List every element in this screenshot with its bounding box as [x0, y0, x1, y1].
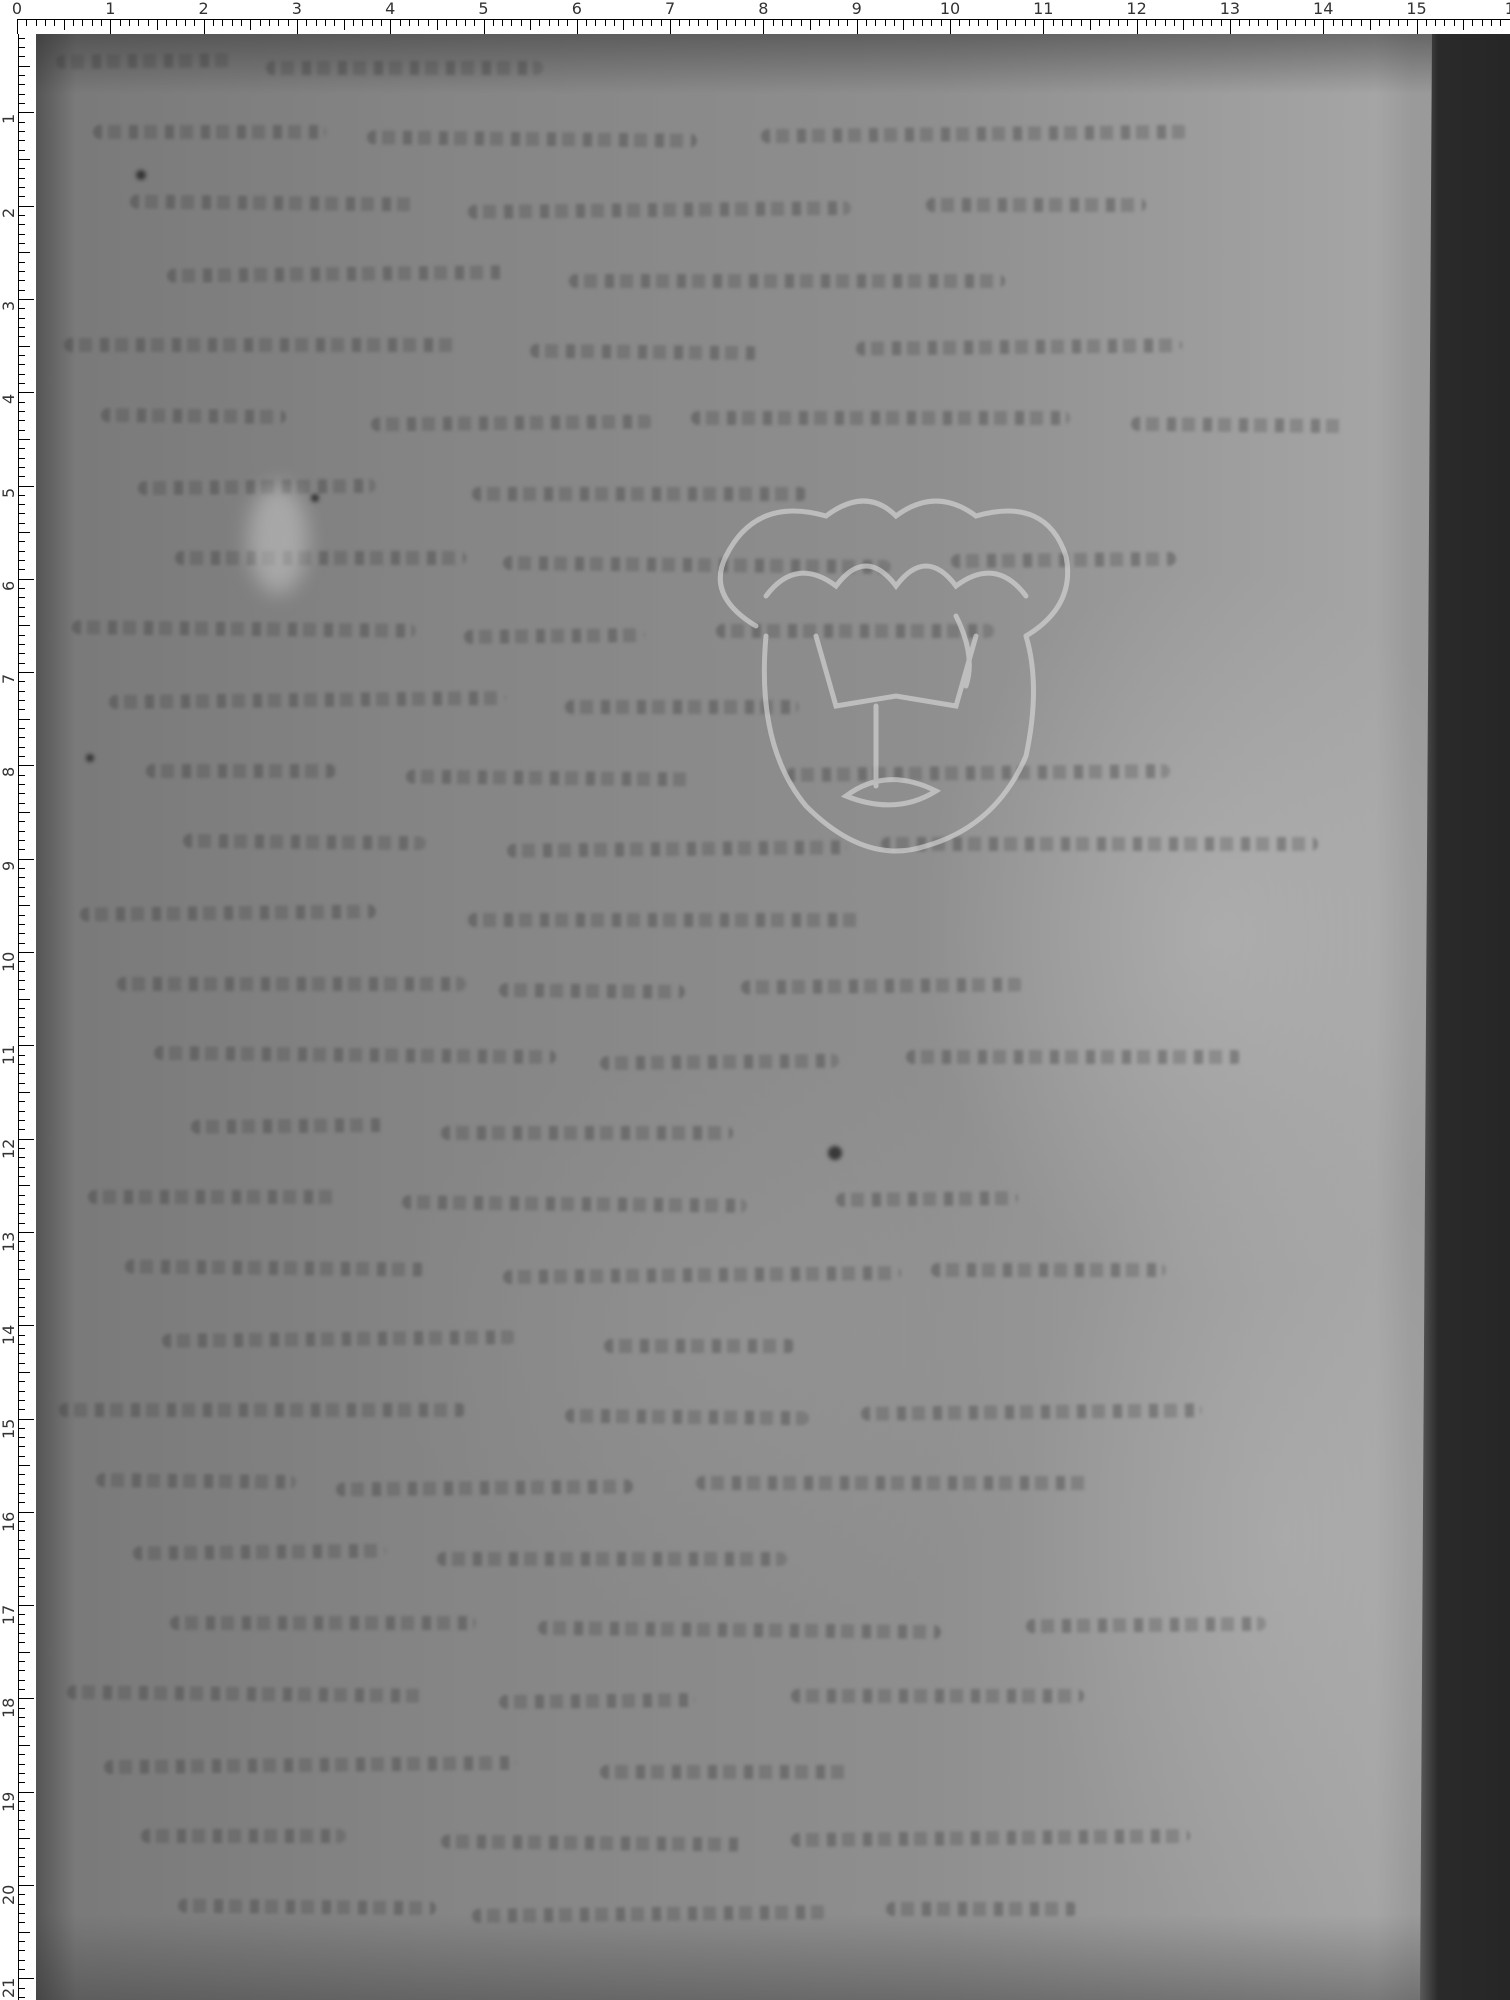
ruler-tick — [18, 849, 25, 850]
handwriting-stroke — [141, 1829, 346, 1843]
ruler-tick — [1435, 20, 1436, 26]
handwriting-stroke — [170, 1616, 476, 1630]
ruler-tick — [18, 887, 25, 888]
ruler-label: 1 — [1, 114, 17, 124]
ruler-tick — [157, 20, 158, 30]
ruler-tick — [950, 20, 951, 34]
ruler-tick — [101, 20, 102, 26]
ruler-tick — [605, 20, 606, 26]
ruler-tick — [18, 1978, 34, 1979]
ruler-tick — [18, 1894, 25, 1895]
ruler-tick — [18, 793, 25, 794]
ruler-tick — [18, 1960, 25, 1961]
handwriting-lines — [36, 34, 1426, 2000]
ruler-tick — [885, 20, 886, 26]
ruler-tick — [18, 1484, 25, 1485]
ruler-label: 2 — [1, 207, 17, 217]
handwriting-stroke — [104, 1756, 516, 1774]
handwriting-stroke — [836, 1191, 1018, 1207]
ruler-tick — [18, 1204, 25, 1205]
ruler-label: 1 — [105, 1, 115, 17]
ruler-tick — [456, 20, 457, 26]
ruler-tick — [18, 1372, 30, 1373]
ruler-tick — [428, 20, 429, 26]
ruler-tick — [1351, 20, 1352, 26]
ruler-tick — [18, 1857, 25, 1858]
ruler-tick — [1426, 20, 1427, 26]
handwriting-stroke — [367, 130, 697, 147]
ruler-tick — [1463, 20, 1464, 30]
handwriting-stroke — [183, 834, 426, 851]
ruler-tick — [269, 20, 270, 26]
ruler-tick — [1034, 20, 1035, 26]
ruler-tick — [577, 20, 578, 34]
ruler-tick — [18, 821, 25, 822]
ruler-tick — [707, 20, 708, 26]
ruler-tick — [18, 1708, 25, 1709]
ruler-tick — [18, 1661, 25, 1662]
ruler-tick — [18, 140, 25, 141]
ruler-tick — [875, 20, 876, 26]
ruler-tick — [1015, 20, 1016, 26]
ruler-tick — [138, 20, 139, 26]
ruler-tick — [18, 308, 25, 309]
ruler-tick — [18, 1502, 25, 1503]
ruler-tick — [1295, 20, 1296, 26]
ruler-label: 13 — [1220, 1, 1240, 17]
ruler-tick — [18, 1540, 25, 1541]
ruler-tick — [1146, 20, 1147, 26]
ruler-tick — [969, 20, 970, 26]
ruler-tick — [129, 20, 130, 26]
handwriting-stroke — [162, 1330, 516, 1348]
handwriting-stroke — [906, 1050, 1242, 1064]
ruler-tick — [18, 597, 25, 598]
ruler-tick — [1043, 20, 1044, 34]
ruler-tick — [18, 616, 25, 617]
ruler-tick — [1258, 20, 1259, 26]
ruler-tick — [1286, 20, 1287, 26]
ruler-tick — [325, 20, 326, 26]
handwriting-stroke — [80, 904, 376, 921]
ruler-tick — [959, 20, 960, 26]
ruler-tick — [18, 691, 25, 692]
ruler-tick — [18, 1260, 25, 1261]
ruler-tick — [791, 20, 792, 26]
ruler-tick — [18, 1680, 25, 1681]
handwriting-stroke — [600, 1765, 849, 1779]
ruler-tick — [18, 467, 25, 468]
ruler-tick — [18, 1167, 25, 1168]
ruler-tick — [18, 159, 30, 160]
ruler-tick — [922, 20, 923, 26]
ruler-tick — [1277, 20, 1278, 30]
ruler-tick — [18, 859, 34, 860]
ruler-tick — [502, 20, 503, 26]
ruler-tick — [1006, 20, 1007, 26]
ruler-tick — [18, 569, 25, 570]
ruler-tick — [18, 896, 25, 897]
ruler-label: 4 — [385, 1, 395, 17]
ruler-tick — [1482, 20, 1483, 26]
ruler-tick — [493, 20, 494, 26]
ruler-tick — [18, 989, 25, 990]
ruler-tick — [661, 20, 662, 26]
handwriting-stroke — [130, 195, 416, 212]
ruler-tick — [260, 20, 261, 26]
ruler-tick — [726, 20, 727, 26]
ruler-tick — [1165, 20, 1166, 26]
handwriting-stroke — [468, 913, 861, 927]
ruler-tick — [651, 20, 652, 26]
ruler-tick — [1211, 20, 1212, 26]
ruler-tick — [18, 1988, 25, 1989]
ruler-tick — [204, 20, 205, 34]
ruler-tick — [18, 625, 30, 626]
handwriting-stroke — [402, 1195, 747, 1213]
ruler-tick — [1379, 20, 1380, 26]
ruler-tick — [18, 1353, 25, 1354]
ink-spot — [311, 494, 319, 502]
ruler-tick — [521, 20, 522, 26]
ruler-tick — [446, 20, 447, 26]
ruler-label: 4 — [1, 394, 17, 404]
ruler-tick — [381, 20, 382, 26]
ruler-label: 12 — [1126, 1, 1146, 17]
ruler-label: 0 — [12, 1, 22, 17]
handwriting-stroke — [604, 1339, 795, 1353]
ruler-tick — [18, 364, 25, 365]
handwriting-stroke — [167, 265, 506, 283]
ruler-label: 16 — [1, 1511, 17, 1531]
ruler-label: 9 — [1, 861, 17, 871]
ruler-tick — [166, 20, 167, 26]
handwriting-stroke — [56, 53, 236, 69]
ruler-tick — [586, 20, 587, 26]
ruler-tick — [18, 94, 25, 95]
ruler-tick — [18, 924, 25, 925]
ruler-tick — [18, 1698, 34, 1699]
ruler-tick — [18, 1950, 25, 1951]
ruler-tick — [18, 1185, 30, 1186]
ruler-tick — [1109, 20, 1110, 26]
handwriting-stroke — [133, 1544, 386, 1561]
ruler-tick — [18, 1493, 25, 1494]
ruler-tick — [18, 1866, 25, 1867]
ruler-tick — [297, 20, 298, 34]
ruler-tick — [1305, 20, 1306, 26]
ruler-tick — [1370, 20, 1371, 30]
handwriting-stroke — [406, 769, 693, 786]
ruler-tick — [18, 1913, 25, 1914]
ruler-tick — [18, 1055, 25, 1056]
handwriting-stroke — [371, 415, 653, 432]
ruler-tick — [18, 299, 34, 300]
ruler-tick — [18, 672, 34, 673]
ruler-tick — [18, 1335, 25, 1336]
ruler-tick — [18, 933, 25, 934]
ruler-tick — [511, 20, 512, 26]
ruler-tick — [18, 150, 25, 151]
manuscript-scan — [36, 34, 1510, 2000]
ruler-tick — [18, 1922, 25, 1923]
ruler-tick — [838, 20, 839, 26]
ruler-tick — [18, 971, 25, 972]
ruler-tick — [1081, 20, 1082, 26]
handwriting-stroke — [96, 1473, 296, 1489]
handwriting-stroke — [266, 61, 543, 75]
ruler-tick — [18, 1083, 25, 1084]
ruler-tick — [829, 20, 830, 26]
ruler-tick — [36, 20, 37, 26]
ruler-tick — [18, 430, 25, 431]
ruler-label: 2 — [199, 1, 209, 17]
ruler-tick — [978, 20, 979, 26]
ruler-tick — [18, 877, 25, 878]
ruler-tick — [18, 411, 25, 412]
ruler-tick — [353, 20, 354, 26]
ruler-tick — [1342, 20, 1343, 26]
ruler-tick — [866, 20, 867, 26]
handwriting-stroke — [175, 551, 466, 565]
ruler-tick — [18, 1073, 25, 1074]
ruler-tick — [400, 20, 401, 26]
ruler-label: 15 — [1, 1418, 17, 1438]
ruler-tick — [18, 1689, 25, 1690]
ruler-tick — [18, 1251, 25, 1252]
ruler-tick — [18, 1419, 34, 1420]
ruler-label: 17 — [1, 1605, 17, 1625]
ruler-tick — [745, 20, 746, 26]
ruler-tick — [18, 1400, 25, 1401]
ruler-tick — [18, 1465, 30, 1466]
ruler-tick — [18, 122, 25, 123]
ruler-tick — [18, 1997, 25, 1998]
ruler-tick — [18, 336, 25, 337]
ruler-label: 14 — [1313, 1, 1333, 17]
handwriting-stroke — [499, 983, 685, 999]
ruler-tick — [1155, 20, 1156, 26]
ruler-label: 14 — [1, 1325, 17, 1345]
ruler-tick — [810, 20, 811, 30]
ruler-tick — [185, 20, 186, 26]
ruler-tick — [18, 961, 25, 962]
ruler-tick — [847, 20, 848, 26]
left-ruler: 0123456789101112131415161718192021 — [0, 0, 36, 2000]
ruler-tick — [18, 1456, 25, 1457]
ruler-tick — [549, 20, 550, 26]
ruler-label: 7 — [1, 674, 17, 684]
ruler-tick — [18, 1624, 25, 1625]
ruler-tick — [18, 178, 25, 179]
ruler-label: 6 — [1, 581, 17, 591]
ruler-tick — [18, 458, 25, 459]
handwriting-stroke — [64, 338, 456, 352]
ruler-tick — [18, 252, 30, 253]
handwriting-stroke — [117, 977, 466, 991]
ruler-tick — [18, 868, 25, 869]
ruler-tick — [18, 1829, 25, 1830]
ruler-tick — [18, 1036, 25, 1037]
ruler-tick — [18, 1045, 34, 1046]
ruler-label: 8 — [758, 1, 768, 17]
ruler-tick — [567, 20, 568, 26]
ruler-tick — [18, 523, 25, 524]
ruler-tick — [18, 1232, 34, 1233]
ruler-tick — [18, 103, 25, 104]
ruler-tick — [1249, 20, 1250, 26]
ruler-tick — [18, 1736, 25, 1737]
ruler-label: 19 — [1, 1791, 17, 1811]
handwriting-stroke — [600, 1054, 839, 1071]
ruler-tick — [18, 112, 34, 113]
ruler-tick — [1053, 20, 1054, 26]
ruler-tick — [1267, 20, 1268, 26]
ruler-tick — [18, 663, 25, 664]
ruler-tick — [18, 1801, 25, 1802]
ruler-tick — [18, 1297, 25, 1298]
ruler-tick — [18, 728, 25, 729]
ruler-label: 5 — [1, 487, 17, 497]
ruler-tick — [18, 1838, 30, 1839]
ruler-tick — [1239, 20, 1240, 26]
ruler-tick — [110, 20, 111, 34]
handwriting-stroke — [93, 125, 326, 139]
ruler-tick — [1333, 20, 1334, 26]
handwriting-stroke — [569, 274, 1005, 288]
ruler-tick — [18, 1409, 25, 1410]
ruler-tick — [18, 1810, 25, 1811]
ruler-tick — [773, 20, 774, 26]
ruler-tick — [17, 20, 18, 34]
ruler-tick — [18, 56, 25, 57]
ruler-tick — [801, 20, 802, 26]
ruler-label: 11 — [1, 1045, 17, 1065]
ruler-tick — [18, 262, 25, 263]
ruler-tick — [18, 392, 34, 393]
ruler-tick — [18, 206, 34, 207]
handwriting-stroke — [931, 1263, 1166, 1277]
ruler-tick — [18, 588, 25, 589]
ruler-tick — [390, 20, 391, 34]
ruler-tick — [18, 1820, 25, 1821]
ruler-label: 20 — [1, 1885, 17, 1905]
ruler-tick — [18, 1344, 25, 1345]
ruler-tick — [1361, 20, 1362, 26]
ruler-tick — [1407, 20, 1408, 26]
ruler-tick — [306, 20, 307, 26]
ruler-tick — [18, 1120, 25, 1121]
ruler-tick — [18, 84, 25, 85]
ruler-tick — [18, 131, 25, 132]
ruler-label: 6 — [572, 1, 582, 17]
ruler-tick — [1174, 20, 1175, 26]
ruler-tick — [18, 1652, 30, 1653]
ruler-tick — [595, 20, 596, 26]
ruler-tick — [18, 1941, 25, 1942]
ink-spot — [86, 754, 94, 762]
ruler-tick — [18, 1111, 25, 1112]
ruler-tick — [997, 20, 998, 30]
ruler-tick — [334, 20, 335, 26]
handwriting-stroke — [791, 1689, 1084, 1703]
top-ruler: 01234567891011121314151 — [0, 0, 1510, 34]
ruler-tick — [18, 560, 25, 561]
ruler-tick — [18, 579, 34, 580]
ruler-tick — [18, 448, 25, 449]
ruler-tick — [18, 1381, 25, 1382]
handwriting-stroke — [468, 201, 851, 219]
ruler-tick — [18, 1726, 25, 1727]
ruler-tick — [250, 20, 251, 30]
ruler-tick — [362, 20, 363, 26]
ruler-tick — [903, 20, 904, 30]
ruler-tick — [18, 1782, 25, 1783]
handwriting-stroke — [691, 411, 1070, 425]
ruler-tick — [18, 644, 25, 645]
ruler-tick — [18, 635, 25, 636]
ruler-tick — [1500, 20, 1501, 26]
paper-stain — [248, 484, 308, 594]
ruler-tick — [18, 420, 25, 421]
ruler-tick — [1193, 20, 1194, 26]
handwriting-stroke — [464, 628, 645, 644]
ruler-label: 10 — [940, 1, 960, 17]
ruler-tick — [18, 1363, 25, 1364]
ruler-tick — [18, 719, 30, 720]
ruler-tick — [18, 747, 25, 748]
ruler-tick — [18, 75, 25, 76]
ruler-tick — [18, 1316, 25, 1317]
ruler-label: 3 — [1, 301, 17, 311]
ruler-tick — [1417, 20, 1418, 34]
left-ruler-baseline — [18, 19, 19, 2000]
ruler-tick — [18, 1269, 25, 1270]
ruler-tick — [558, 20, 559, 26]
ruler-tick — [26, 20, 27, 26]
ruler-tick — [18, 66, 30, 67]
ruler-tick — [18, 1288, 25, 1289]
ruler-tick — [18, 1391, 25, 1392]
ruler-tick — [18, 803, 25, 804]
ruler-tick — [18, 1512, 34, 1513]
handwriting-stroke — [125, 1259, 426, 1276]
ruler-tick — [18, 1848, 25, 1849]
ruler-tick — [18, 1745, 30, 1746]
handwriting-stroke — [761, 125, 1188, 143]
ruler-tick — [18, 1157, 25, 1158]
ruler-tick — [18, 1017, 25, 1018]
ruler-tick — [18, 1764, 25, 1765]
ruler-label: 18 — [1, 1698, 17, 1718]
ruler-tick — [232, 20, 233, 26]
ruler-tick — [18, 784, 25, 785]
ruler-label: 11 — [1033, 1, 1053, 17]
ruler-tick — [1071, 20, 1072, 26]
ruler-tick — [82, 20, 83, 26]
ruler-tick — [857, 20, 858, 34]
ruler-tick — [18, 1670, 25, 1671]
ruler-tick — [18, 681, 25, 682]
ruler-tick — [18, 1717, 25, 1718]
ruler-tick — [642, 20, 643, 26]
ruler-tick — [18, 47, 25, 48]
ruler-tick — [987, 20, 988, 26]
ruler-tick — [1090, 20, 1091, 30]
ruler-tick — [689, 20, 690, 26]
ruler-tick — [1314, 20, 1315, 26]
ruler-tick — [1118, 20, 1119, 26]
